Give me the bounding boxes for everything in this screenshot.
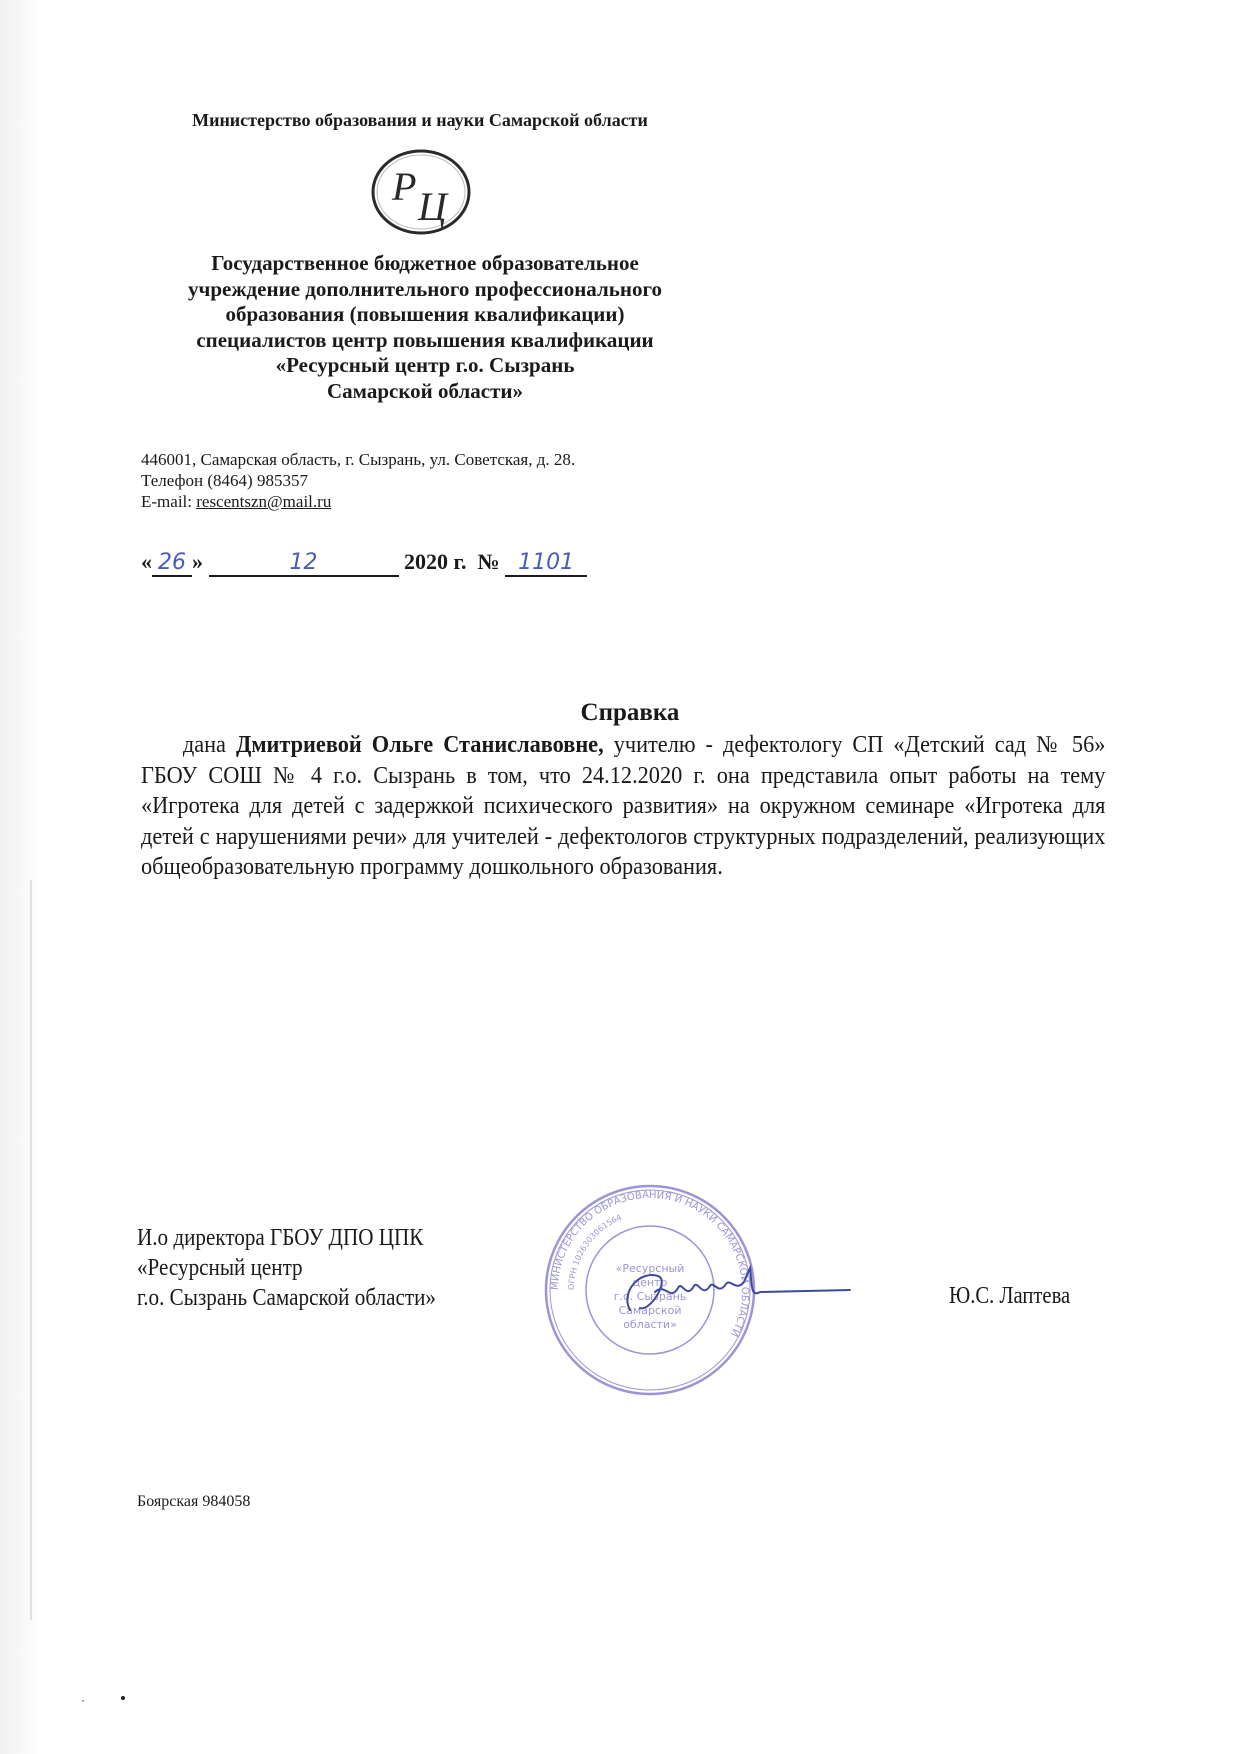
handwritten-month: 12 [209,551,399,577]
org-name-line: специалистов центр повышения квалификаци… [130,328,720,354]
address: 446001, Самарская область, г. Сызрань, у… [141,449,575,470]
body-prefix: дана [183,732,236,758]
email-row: E-mail: rescentszn@mail.ru [141,491,575,512]
contacts-block: 446001, Самарская область, г. Сызрань, у… [141,449,575,512]
org-name-line: Самарской области» [130,379,720,405]
position-line: «Ресурсный центр [137,1253,436,1283]
organization-name: Государственное бюджетное образовательно… [130,251,720,404]
position-line: г.о. Сызрань Самарской области» [137,1283,436,1313]
org-name-line: учреждение дополнительного профессиональ… [130,277,720,303]
year-text: 2020 г. [404,549,467,574]
signer-position: И.о директора ГБОУ ДПО ЦПК «Ресурсный це… [137,1223,436,1313]
org-name-line: образования (повышения квалификации) [130,302,720,328]
position-line: И.о директора ГБОУ ДПО ЦПК [137,1223,436,1253]
signer-name: Ю.С. Лаптева [949,1283,1070,1310]
scan-edge-shadow [0,0,40,1754]
date-number-line: «26» 12 2020 г. № 1101 [141,549,587,577]
org-name-line: «Ресурсный центр г.о. Сызрань [130,353,720,379]
scan-speck [121,1696,125,1700]
ministry-heading: Министерство образования и науки Самарск… [130,110,710,131]
handwritten-signature-icon [610,1262,870,1322]
scan-edge-line [30,880,32,1620]
svg-text:Ц: Ц [417,184,449,229]
handwritten-number: 1101 [505,551,587,577]
scan-speck [82,1700,84,1702]
executor-contact: Боярская 984058 [137,1493,250,1511]
email-label: E-mail: [141,492,196,511]
rc-logo-icon: Р Ц [370,148,472,236]
email-link[interactable]: rescentszn@mail.ru [196,492,331,511]
recipient-name: Дмитриевой Ольге Станиславовне, [236,732,604,758]
org-name-line: Государственное бюджетное образовательно… [130,251,720,277]
close-quote: » [192,549,203,574]
svg-text:Р: Р [391,164,416,209]
document-body: дана Дмитриевой Ольге Станиславовне, учи… [141,730,1105,883]
handwritten-day: 26 [152,551,192,577]
phone: Телефон (8464) 985357 [141,470,575,491]
document-title: Справка [150,699,1110,727]
number-sign: № [478,549,500,574]
open-quote: « [141,549,152,574]
